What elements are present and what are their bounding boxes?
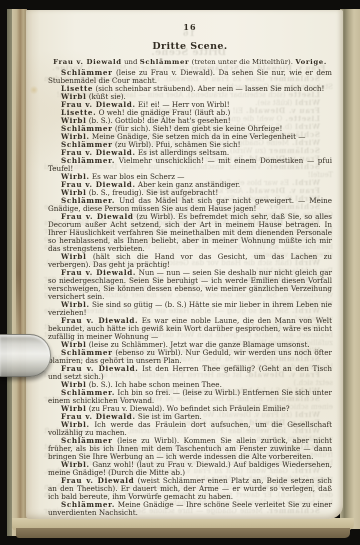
- speaker-name: Frau v. Diewald: [61, 476, 134, 485]
- speaker-name: Schlämmer.: [61, 156, 115, 165]
- dialogue-paragraph: Frau v. Diewald (weist Schlämmer einen P…: [48, 477, 332, 501]
- speaker-name: Frau v. Diewald: [61, 212, 134, 221]
- scene-heading: Dritte Scene.: [48, 41, 332, 52]
- speaker-name: Wirbl.: [61, 300, 90, 309]
- dialogue-paragraph: Frau v. Diewald. Es war eine noble Laune…: [48, 317, 332, 341]
- dialogue-paragraph: Wirbl. Ganz wohl! (laut zu Frau v. Diewa…: [48, 461, 332, 477]
- dialogue-paragraph: Wirbl. Sie sind so gütig — (b. S.) Hätte…: [48, 301, 332, 317]
- speaker-name: Wirbl: [61, 252, 86, 261]
- dialogue-paragraph: Wirbl (hält sich die Hand vor das Gesich…: [48, 253, 332, 269]
- book-edge-right: [340, 9, 360, 529]
- page-number: 16: [48, 22, 332, 32]
- dialogue-paragraph: Frau v. Diewald. Ist den Herren Thee gef…: [48, 365, 332, 381]
- page-content: 16 Dritte Scene. Frau v. Diewald und Sch…: [48, 18, 332, 517]
- dialogue-paragraph: Schlämmer (ebenso zu Wirbl). Nur Geduld,…: [48, 349, 332, 365]
- cast-conjunction: und: [124, 58, 137, 66]
- cast-name-frau-v-diewald: Frau v. Diewald: [53, 58, 122, 66]
- speaker-name: Wirbl.: [61, 460, 90, 469]
- dialogue-paragraph: Schlämmer. Meine Gnädige — Ihre schöne S…: [48, 501, 332, 517]
- speaker-name: Schlämmer.: [61, 196, 115, 205]
- speaker-name: Frau v. Diewald.: [61, 364, 138, 373]
- speaker-name: Frau v. Diewald.: [61, 268, 136, 277]
- book-page: 16 Dritte Scene. Frau v. Diewald und Sch…: [26, 10, 343, 519]
- speaker-name: Schlämmer: [61, 68, 113, 77]
- speaker-name: Wirbl.: [61, 420, 90, 429]
- speaker-name: Schlämmer: [61, 348, 113, 357]
- dialogue-paragraph: Frau v. Diewald (zu Wirbl). Es befremdet…: [48, 213, 332, 253]
- speaker-name: Frau v. Diewald.: [61, 316, 138, 325]
- dialogue-paragraph: Schlämmer. Und das Mädel hat sich gar ni…: [48, 197, 332, 213]
- book-scan: 16 Dritte Scene. Frau v. Diewald und Sch…: [0, 0, 360, 545]
- speaker-name: Schlämmer: [61, 436, 113, 445]
- dialogue-paragraph: Schlämmer. Ich bin so frei. — (leise zu …: [48, 389, 332, 405]
- page-holder-clip: [0, 334, 51, 377]
- dialogue-paragraph: Wirbl. Ich werde das Fräulein dort aufsu…: [48, 421, 332, 437]
- cast-stage-direction: (treten unter die Mittelthür).: [192, 58, 293, 66]
- dialogue-paragraph: Schlämmer (leise zu Wirbl). Kommen Sie a…: [48, 437, 332, 461]
- dialogue-paragraph: Schlämmer. Vielmehr unschicklich! — mit …: [48, 157, 332, 173]
- speaker-name: Schlämmer.: [61, 500, 115, 509]
- cast-line: Frau v. Diewald und Schlämmer (treten un…: [48, 58, 332, 66]
- dialogue-paragraph: Frau v. Diewald. Nun — nun — seien Sie d…: [48, 269, 332, 301]
- book-edge-left: [12, 9, 27, 536]
- book-edge-bottom-dark: [16, 528, 350, 538]
- dialogue: Schlämmer (leise zu Frau v. Diewald). Da…: [48, 69, 332, 517]
- cast-name-schlaemmer: Schlämmer: [140, 58, 189, 66]
- dialogue-paragraph: Schlämmer (leise zu Frau v. Diewald). Da…: [48, 69, 332, 85]
- speaker-name: Schlämmer.: [61, 388, 115, 397]
- cast-others: Vorige.: [295, 58, 327, 66]
